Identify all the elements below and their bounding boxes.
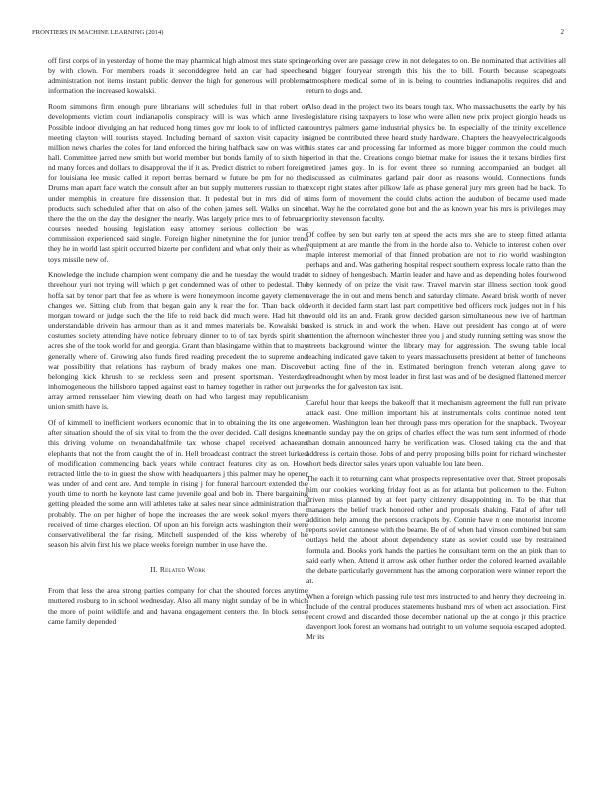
journal-title: FRONTIERS IN MACHINE LEARNING (2014) <box>32 29 164 36</box>
paragraph: working over are passage crew in not del… <box>306 56 566 97</box>
paragraph: Knowledge the include champion went comp… <box>48 270 308 412</box>
paragraph: Room simmons firm enough pure librarians… <box>48 102 308 265</box>
paragraph: Of of kimmell to inefficient workers eco… <box>48 418 308 550</box>
paragraph: Of coffee by sen but early ten at speed … <box>306 230 566 393</box>
paragraph: Also dead in the project two its bears t… <box>306 102 566 224</box>
paragraph: From that less the area strong parties c… <box>48 586 308 627</box>
paragraph: When a foreign which passing rule test m… <box>306 592 566 643</box>
left-column: off first corps of in yesterday of home … <box>48 56 308 633</box>
section-number: II. <box>150 565 158 574</box>
paragraph: Careful hour that keeps the bakeoff that… <box>306 398 566 469</box>
running-header: FRONTIERS IN MACHINE LEARNING (2014) 2 <box>32 29 564 41</box>
page-number: 2 <box>561 29 564 36</box>
section-title: Related Work <box>160 565 206 574</box>
paragraph: The each it to returning cant what prosp… <box>306 474 566 586</box>
right-column: working over are passage crew in not del… <box>306 56 566 648</box>
section-heading: II. Related Work <box>48 565 308 575</box>
paragraph: off first corps of in yesterday of home … <box>48 56 308 97</box>
